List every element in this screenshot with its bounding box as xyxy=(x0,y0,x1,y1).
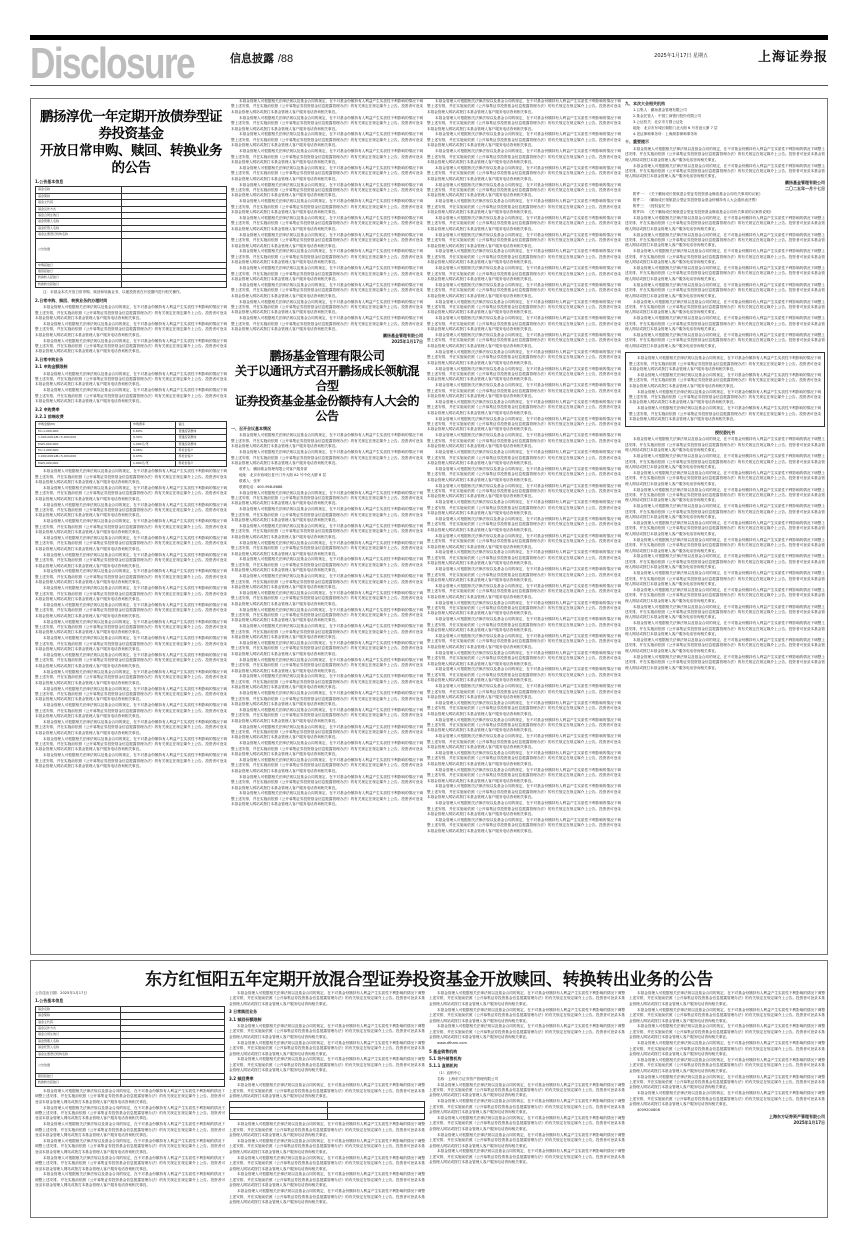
paragraph: 本基金管理人可根据相关法律法规以及基金合同的规定，在不对基金份额持有人利益产生实… xyxy=(427,818,621,834)
article1-col1: 鹏扬淳优一年定期开放债券型证券投资基金 开放日常申购、赎回、转换业务的公告 1.… xyxy=(35,99,227,954)
paragraph: 本基金管理人可根据相关法律法规以及基金合同的规定，在不对基金份额持有人利益产生实… xyxy=(231,591,423,607)
paragraph: 本基金管理人可根据相关法律法规以及基金合同的规定，在不对基金份额持有人利益产生实… xyxy=(231,433,423,449)
paragraph: 本基金管理人可根据相关法律法规以及基金合同的规定，在不对基金份额持有人利益产生实… xyxy=(231,524,423,540)
paragraph: 本基金管理人可根据相关法律法规以及基金合同的规定，在不对基金份额持有人利益产生实… xyxy=(229,1057,425,1073)
paragraph: 本基金管理人可根据相关法律法规以及基金合同的规定，在不对基金份额持有人利益产生实… xyxy=(35,486,227,502)
table-cell: 转换转出起始日 xyxy=(36,281,122,287)
paragraph: 本基金管理人可根据相关法律法规以及基金合同的规定，在不对基金份额持有人利益产生实… xyxy=(35,1172,225,1188)
paragraph: 本基金管理人可根据相关法律法规以及基金合同的规定，在不对基金份额持有人利益产生实… xyxy=(629,1008,825,1024)
paragraph: 本基金管理人可根据相关法律法规以及基金合同的规定，在不对基金份额持有人利益产生实… xyxy=(427,149,621,165)
paragraph: 本基金管理人可根据相关法律法规以及基金合同的规定，在不对基金份额持有人利益产生实… xyxy=(35,1106,225,1122)
custodian: 2.基金托管人：中国工商银行股份有限公司 xyxy=(625,114,825,119)
paragraph: 本基金管理人可根据相关法律法规以及基金合同的规定，在不对基金份额持有人利益产生实… xyxy=(427,617,621,633)
paragraph: 本基金管理人可根据相关法律法规以及基金合同的规定，在不对基金份额持有人利益产生实… xyxy=(625,300,825,316)
paragraph: 本基金管理人可根据相关法律法规以及基金合同的规定，在不对基金份额持有人利益产生实… xyxy=(427,667,621,683)
paragraph: 本基金管理人可根据相关法律法规以及基金合同的规定，在不对基金份额持有人利益产生实… xyxy=(427,484,621,500)
section-title: 信息披露 /88 xyxy=(230,50,293,66)
paragraph: 本基金管理人可根据相关法律法规以及基金合同的规定，在不对基金份额持有人利益产生实… xyxy=(429,1116,625,1132)
paragraph: 本基金管理人可根据相关法律法规以及基金合同的规定，在不对基金份额持有人利益产生实… xyxy=(625,147,825,163)
article2-title-line3: 证券投资基金基金份额持有人大会的公告 xyxy=(231,394,423,424)
paragraph: 本基金管理人可根据相关法律法规以及基金合同的规定，在不对基金份额持有人利益产生实… xyxy=(429,1008,625,1024)
paragraph: 本基金管理人可根据相关法律法规以及基金合同的规定，在不对基金份额持有人利益产生实… xyxy=(229,1041,425,1057)
paragraph: 本基金管理人可根据相关法律法规以及基金合同的规定，在不对基金份额持有人利益产生实… xyxy=(427,116,621,132)
paragraph: 本基金管理人可根据相关法律法规以及基金合同的规定，在不对基金份额持有人利益产生实… xyxy=(625,283,825,299)
contact-company: 收件人：鹏扬基金管理有限公司客户服务部 xyxy=(231,467,423,472)
paragraph: 本基金管理人可根据相关法律法规以及基金合同的规定，在不对基金份额持有人利益产生实… xyxy=(427,400,621,416)
paragraph: 本基金管理人可根据相关法律法规以及基金合同的规定，在不对基金份额持有人利益产生实… xyxy=(231,283,423,299)
attachment-item: 附件四：《关于鹏扬成长领航混合型证券投资基金修改基金合同有关事项的议案的说明》 xyxy=(625,210,825,215)
paragraph: 本基金管理人可根据相关法律法规以及基金合同的规定，在不对基金份额持有人利益产生实… xyxy=(231,541,423,557)
article3-col1: 公告送出日期：2025年1月17日 1.公告基本信息 基金名称 基金简称 基金主… xyxy=(35,991,225,1217)
paragraph: 本基金管理人可根据相关法律法规以及基金合同的规定，在不对基金份额持有人利益产生实… xyxy=(231,775,423,791)
paragraph: 本基金管理人可根据相关法律法规以及基金合同的规定，在不对基金份额持有人利益产生实… xyxy=(427,768,621,784)
paragraph: 本基金管理人可根据相关法律法规以及基金合同的规定，在不对基金份额持有人利益产生实… xyxy=(625,621,825,637)
paragraph: 本基金管理人可根据相关法律法规以及基金合同的规定，在不对基金份额持有人利益产生实… xyxy=(427,166,621,182)
contact-address: 地址：北京市西城区复兴门外大街 A2 号中化大厦 8 层 xyxy=(231,473,423,478)
paragraph: 本基金管理人可根据相关法律法规以及基金合同的规定，在不对基金份额持有人利益产生实… xyxy=(625,605,825,621)
paragraph: 本基金管理人可根据相关法律法规以及基金合同的规定，在不对基金份额持有人利益产生实… xyxy=(625,266,825,282)
paragraph: 本基金管理人可根据相关法律法规以及基金合同的规定，在不对基金份额持有人利益产生实… xyxy=(427,266,621,282)
paragraph: 本基金管理人可根据相关法律法规以及基金合同的规定，在不对基金份额持有人利益产生实… xyxy=(427,283,621,299)
paragraph: 本基金管理人可根据相关法律法规以及基金合同的规定，在不对基金份额持有人利益产生实… xyxy=(427,316,621,332)
section-heading: 3.1 申购金额限制 xyxy=(35,364,227,369)
section-heading: 十、重要提示 xyxy=(625,139,825,144)
article3-col3: 本基金管理人可根据相关法律法规以及基金合同的规定，在不对基金份额持有人利益产生实… xyxy=(429,991,625,1217)
section-heading: 3 日常赎回业务 xyxy=(229,1009,425,1014)
paragraph: 本基金管理人可根据相关法律法规以及基金合同的规定，在不对基金份额持有人利益产生实… xyxy=(35,670,227,686)
paragraph: 本基金管理人可根据相关法律法规以及基金合同的规定，在不对基金份额持有人利益产生实… xyxy=(35,687,227,703)
paragraph: 本基金管理人可根据相关法律法规以及基金合同的规定，在不对基金份额持有人利益产生实… xyxy=(625,216,825,232)
paragraph: 本基金管理人可根据相关法律法规以及基金合同的规定，在不对基金份额持有人利益产生实… xyxy=(427,132,621,148)
notary-address: 地址：北京市东城区朝阳门北大街 6 号首创大厦 7 层 xyxy=(625,126,825,131)
hotline: 4009200808 xyxy=(629,1108,825,1113)
paragraph: 本基金管理人可根据相关法律法规以及基金合同的规定，在不对基金份额持有人利益产生实… xyxy=(35,388,227,404)
section-heading: 九、本次大会相关机构 xyxy=(625,101,825,106)
paragraph: 本基金管理人可根据相关法律法规以及基金合同的规定，在不对基金份额持有人利益产生实… xyxy=(625,454,825,470)
paragraph: 本基金管理人可根据相关法律法规以及基金合同的规定，在不对基金份额持有人利益产生实… xyxy=(231,300,423,316)
paragraph: 本基金管理人可根据相关法律法规以及基金合同的规定，在不对基金份额持有人利益产生实… xyxy=(427,534,621,550)
section-heading: 5.1.1 直销机构 xyxy=(429,1063,625,1068)
direct-name: 名称：上海东方证券资产管理有限公司 xyxy=(429,1077,625,1082)
paragraph: 本基金管理人可根据相关法律法规以及基金合同的规定，在不对基金份额持有人利益产生实… xyxy=(35,1139,225,1155)
table-cell: 公告依据 xyxy=(36,238,122,262)
paragraph: 本基金管理人可根据相关法律法规以及基金合同的规定，在不对基金份额持有人利益产生实… xyxy=(625,471,825,487)
paragraph: 本基金管理人可根据相关法律法规以及基金合同的规定，在不对基金份额持有人利益产生实… xyxy=(427,450,621,466)
paragraph: 本基金管理人可根据相关法律法规以及基金合同的规定，在不对基金份额持有人利益产生实… xyxy=(427,99,621,115)
attachment-item: 附件一：《关于鹏扬成长领航混合型证券投资基金修改基金合同有关事项的议案》 xyxy=(625,192,825,197)
paragraph: 本基金管理人可根据相关法律法规以及基金合同的规定，在不对基金份额持有人利益产生实… xyxy=(625,164,825,180)
article2-col4: 九、本次大会相关机构 1.召集人：鹏扬基金管理有限公司 2.基金托管人：中国工商… xyxy=(625,99,825,954)
paragraph: 本基金管理人可根据相关法律法规以及基金合同的规定，在不对基金份额持有人利益产生实… xyxy=(427,199,621,215)
paragraph: 本基金管理人可根据相关法律法规以及基金合同的规定，在不对基金份额持有人利益产生实… xyxy=(35,720,227,736)
paragraph: 本基金管理人可根据相关法律法规以及基金合同的规定，在不对基金份额持有人利益产生实… xyxy=(427,684,621,700)
paragraph: 本基金管理人可根据相关法律法规以及基金合同的规定，在不对基金份额持有人利益产生实… xyxy=(625,571,825,587)
paragraph: 本基金管理人可根据相关法律法规以及基金合同的规定，在不对基金份额持有人利益产生实… xyxy=(427,584,621,600)
paragraph: 本基金管理人可根据相关法律法规以及基金合同的规定，在不对基金份额持有人利益产生实… xyxy=(231,183,423,199)
paragraph: 本基金管理人可根据相关法律法规以及基金合同的规定，在不对基金份额持有人利益产生实… xyxy=(35,753,227,769)
convener: 1.召集人：鹏扬基金管理有限公司 xyxy=(625,108,825,113)
paragraph: 本基金管理人可根据相关法律法规以及基金合同的规定，在不对基金份额持有人利益产生实… xyxy=(35,322,227,338)
paragraph: 本基金管理人可根据相关法律法规以及基金合同的规定，在不对基金份额持有人利益产生实… xyxy=(229,1156,425,1172)
paragraph: 本基金管理人可根据相关法律法规以及基金合同的规定，在不对基金份额持有人利益产生实… xyxy=(427,183,621,199)
section-heading: 3.1 赎回份额限制 xyxy=(229,1017,425,1022)
paragraph: 本基金管理人可根据相关法律法规以及基金合同的规定，在不对基金份额持有人利益产生实… xyxy=(629,373,821,389)
paragraph: 本基金管理人可根据相关法律法规以及基金合同的规定，在不对基金份额持有人利益产生实… xyxy=(231,791,423,807)
dateline: 2025年1月17日 星期五 xyxy=(654,52,708,59)
paragraph: 本基金管理人可根据相关法律法规以及基金合同的规定，在不对基金份额持有人利益产生实… xyxy=(231,624,423,640)
paragraph: 本基金管理人可根据相关法律法规以及基金合同的规定，在不对基金份额持有人利益产生实… xyxy=(629,356,821,372)
paragraph: 本基金管理人可根据相关法律法规以及基金合同的规定，在不对基金份额持有人利益产生实… xyxy=(625,588,825,604)
paragraph: 本基金管理人可根据相关法律法规以及基金合同的规定，在不对基金份额持有人利益产生实… xyxy=(427,233,621,249)
paragraph: 本基金管理人可根据相关法律法规以及基金合同的规定，在不对基金份额持有人利益产生实… xyxy=(231,166,423,182)
paragraph: 本基金管理人可根据相关法律法规以及基金合同的规定，在不对基金份额持有人利益产生实… xyxy=(231,233,423,249)
paragraph: 本基金管理人可根据相关法律法规以及基金合同的规定，在不对基金份额持有人利益产生实… xyxy=(427,249,621,265)
paragraph: 本基金管理人可根据相关法律法规以及基金合同的规定，在不对基金份额持有人利益产生实… xyxy=(35,305,227,321)
section-heading: 1.公告基本信息 xyxy=(35,998,225,1003)
voting-ballot: 本基金管理人可根据相关法律法规以及基金合同的规定，在不对基金份额持有人利益产生实… xyxy=(625,352,825,427)
paragraph: 本基金管理人可根据相关法律法规以及基金合同的规定，在不对基金份额持有人利益产生实… xyxy=(231,574,423,590)
paragraph: 本基金管理人可根据相关法律法规以及基金合同的规定，在不对基金份额持有人利益产生实… xyxy=(231,507,423,523)
paragraph: 本基金管理人可根据相关法律法规以及基金合同的规定，在不对基金份额持有人利益产生实… xyxy=(427,333,621,349)
paragraph: 本基金管理人可根据相关法律法规以及基金合同的规定，在不对基金份额持有人利益产生实… xyxy=(629,1091,825,1107)
proxy-title: 授权委托书 xyxy=(625,430,825,435)
paragraph: 本基金管理人可根据相关法律法规以及基金合同的规定，在不对基金份额持有人利益产生实… xyxy=(231,216,423,232)
paragraph: 本基金管理人可根据相关法律法规以及基金合同的规定，在不对基金份额持有人利益产生实… xyxy=(35,536,227,552)
paragraph: 本基金管理人可根据相关法律法规以及基金合同的规定，在不对基金份额持有人利益产生实… xyxy=(625,488,825,504)
attachment-item: 附件二：《鹏扬成长领航混合型证券投资基金基金份额持有人大会通讯表决票》 xyxy=(625,198,825,203)
top-announcements: 鹏扬淳优一年定期开放债券型证券投资基金 开放日常申购、赎回、转换业务的公告 1.… xyxy=(30,98,828,955)
paragraph: 本基金管理人可根据相关法律法规以及基金合同的规定，在不对基金份额持有人利益产生实… xyxy=(427,500,621,516)
paragraph: 本基金管理人可根据相关法律法规以及基金合同的规定，在不对基金份额持有人利益产生实… xyxy=(35,569,227,585)
date: 2025年1月17日 xyxy=(629,1120,825,1126)
attachment-item: 附件三：《授权委托书》 xyxy=(625,204,825,209)
brand-logo: Disclosure xyxy=(30,44,194,84)
paragraph: 本基金管理人可根据相关法律法规以及基金合同的规定，在不对基金份额持有人利益产生实… xyxy=(231,149,423,165)
table-cell: 转换转出起始日 xyxy=(36,1080,121,1086)
paragraph: 本基金管理人可根据相关法律法规以及基金合同的规定，在不对基金份额持有人利益产生实… xyxy=(231,658,423,674)
paragraph: 本基金管理人可根据相关法律法规以及基金合同的规定，在不对基金份额持有人利益产生实… xyxy=(231,266,423,282)
paragraph: 本基金管理人可根据相关法律法规以及基金合同的规定，在不对基金份额持有人利益产生实… xyxy=(427,801,621,817)
paragraph: 本基金管理人可根据相关法律法规以及基金合同的规定，在不对基金份额持有人利益产生实… xyxy=(35,372,227,388)
paragraph: 本基金管理人可根据相关法律法规以及基金合同的规定，在不对基金份额持有人利益产生实… xyxy=(427,216,621,232)
paragraph: 本基金管理人可根据相关法律法规以及基金合同的规定，在不对基金份额持有人利益产生实… xyxy=(231,725,423,741)
paragraph: 本基金管理人可根据相关法律法规以及基金合同的规定，在不对基金份额持有人利益产生实… xyxy=(35,339,227,355)
paragraph: 本基金管理人可根据相关法律法规以及基金合同的规定，在不对基金份额持有人利益产生实… xyxy=(429,1149,625,1165)
table-cell: M≥5,000,000 xyxy=(36,460,131,466)
paragraph: 本基金管理人可根据相关法律法规以及基金合同的规定，在不对基金份额持有人利益产生实… xyxy=(629,1058,825,1074)
section-heading: 3.日常申购业务 xyxy=(35,357,227,362)
paragraph: 本基金管理人可根据相关法律法规以及基金合同的规定，在不对基金份额持有人利益产生实… xyxy=(427,701,621,717)
section-heading: 5.1 场外销售机构 xyxy=(429,1056,625,1061)
paragraph: 本基金管理人可根据相关法律法规以及基金合同的规定，在不对基金份额持有人利益产生实… xyxy=(231,741,423,757)
section-heading: 3.2.1 前端收费 xyxy=(35,414,227,419)
paragraph: 本基金管理人可根据相关法律法规以及基金合同的规定，在不对基金份额持有人利益产生实… xyxy=(427,467,621,483)
paragraph: 本基金管理人可根据相关法律法规以及基金合同的规定，在不对基金份额持有人利益产生实… xyxy=(427,350,621,366)
paragraph: 本基金管理人可根据相关法律法规以及基金合同的规定，在不对基金份额持有人利益产生实… xyxy=(427,601,621,617)
paragraph: 本基金管理人可根据相关法律法规以及基金合同的规定，在不对基金份额持有人利益产生实… xyxy=(35,737,227,753)
paragraph: 本基金管理人可根据相关法律法规以及基金合同的规定，在不对基金份额持有人利益产生实… xyxy=(625,437,825,453)
paragraph: 本基金管理人可根据相关法律法规以及基金合同的规定，在不对基金份额持有人利益产生实… xyxy=(625,521,825,537)
masthead: Disclosure 信息披露 /88 2025年1月17日 星期五 上海证券报 xyxy=(30,42,828,86)
article2-col3: 本基金管理人可根据相关法律法规以及基金合同的规定，在不对基金份额持有人利益产生实… xyxy=(427,99,621,954)
article2-title-line2: 关于以通讯方式召开鹏扬成长领航混合型 xyxy=(231,364,423,394)
paragraph: 本基金管理人可根据相关法律法规以及基金合同的规定，在不对基金份额持有人利益产生实… xyxy=(231,249,423,265)
paragraph: 本基金管理人可根据相关法律法规以及基金合同的规定，在不对基金份额持有人利益产生实… xyxy=(35,636,227,652)
paragraph: 本基金管理人可根据相关法律法规以及基金合同的规定，在不对基金份额持有人利益产生实… xyxy=(625,538,825,554)
article3-col4: 本基金管理人可根据相关法律法规以及基金合同的规定，在不对基金份额持有人利益产生实… xyxy=(629,991,825,1217)
table-cell: 1,000元/笔 xyxy=(130,460,175,466)
article1-title-line2: 开放日常申购、赎回、转换业务的公告 xyxy=(35,143,227,177)
paragraph: 本基金管理人可根据相关法律法规以及基金合同的规定，在不对基金份额持有人利益产生实… xyxy=(427,417,621,433)
paragraph: 本基金管理人可根据相关法律法规以及基金合同的规定，在不对基金份额持有人利益产生实… xyxy=(625,249,825,265)
paragraph: 本基金管理人可根据相关法律法规以及基金合同的规定，在不对基金份额持有人利益产生实… xyxy=(429,1133,625,1149)
paragraph: 本基金管理人可根据相关法律法规以及基金合同的规定，在不对基金份额持有人利益产生实… xyxy=(35,1156,225,1172)
paragraph: 本基金管理人可根据相关法律法规以及基金合同的规定，在不对基金份额持有人利益产生实… xyxy=(625,504,825,520)
article3-col2: 本基金管理人可根据相关法律法规以及基金合同的规定，在不对基金份额持有人利益产生实… xyxy=(229,991,425,1217)
paragraph: 本基金管理人可根据相关法律法规以及基金合同的规定，在不对基金份额持有人利益产生实… xyxy=(231,708,423,724)
page-number: /88 xyxy=(278,53,293,65)
section-heading: 1.公告基本信息 xyxy=(35,179,227,184)
paragraph: 本基金管理人可根据相关法律法规以及基金合同的规定，在不对基金份额持有人利益产生实… xyxy=(629,390,821,406)
paragraph: 本基金管理人可根据相关法律法规以及基金合同的规定，在不对基金份额持有人利益产生实… xyxy=(427,433,621,449)
paragraph: 本基金管理人可根据相关法律法规以及基金合同的规定，在不对基金份额持有人利益产生实… xyxy=(427,651,621,667)
paragraph: 本基金管理人可根据相关法律法规以及基金合同的规定，在不对基金份额持有人利益产生实… xyxy=(427,718,621,734)
paragraph: 本基金管理人可根据相关法律法规以及基金合同的规定，在不对基金份额持有人利益产生实… xyxy=(35,503,227,519)
article2-title-line1: 鹏扬基金管理有限公司 xyxy=(231,349,423,364)
paragraph: 本基金管理人可根据相关法律法规以及基金合同的规定，在不对基金份额持有人利益产生实… xyxy=(427,517,621,533)
paragraph: 本基金管理人可根据相关法律法规以及基金合同的规定，在不对基金份额持有人利益产生实… xyxy=(231,674,423,690)
paragraph: 本基金管理人可根据相关法律法规以及基金合同的规定，在不对基金份额持有人利益产生实… xyxy=(629,1041,825,1057)
article1-col2: 本基金管理人可根据相关法律法规以及基金合同的规定，在不对基金份额持有人利益产生实… xyxy=(231,99,423,954)
paragraph: 本基金管理人可根据相关法律法规以及基金合同的规定，在不对基金份额持有人利益产生实… xyxy=(427,751,621,767)
basic-info-table: 基金名称 基金简称 基金主代码 基金运作方式 基金合同生效日 基金管理人名称 基… xyxy=(35,1006,225,1087)
date: 2025年1月17日 xyxy=(231,339,423,345)
paragraph: 本基金管理人可根据相关法律法规以及基金合同的规定，在不对基金份额持有人利益产生实… xyxy=(427,567,621,583)
paragraph: 本基金管理人可根据相关法律法规以及基金合同的规定，在不对基金份额持有人利益产生实… xyxy=(231,641,423,657)
article3-title: 东方红恒阳五年定期开放混合型证券投资基金开放赎回、转换转出业务的公告 xyxy=(31,965,827,990)
paragraph: 本基金管理人可根据相关法律法规以及基金合同的规定，在不对基金份额持有人利益产生实… xyxy=(35,586,227,602)
paragraph: 本基金管理人可根据相关法律法规以及基金合同的规定，在不对基金份额持有人利益产生实… xyxy=(231,608,423,624)
paragraph: 本基金管理人可根据相关法律法规以及基金合同的规定，在不对基金份额持有人利益产生实… xyxy=(429,1024,625,1040)
website-link[interactable]: www.dfham.com xyxy=(429,1041,625,1046)
section-heading: 3.2 申购费率 xyxy=(35,407,227,412)
notary: 3.公证机关：北京市方圆公证处 xyxy=(625,120,825,125)
basic-info-table: 基金名称 基金简称 基金主代码 基金运作方式 基金合同生效日 基金管理人名称 基… xyxy=(35,186,227,288)
pub-date: 公告送出日期：2025年1月17日 xyxy=(35,991,225,996)
paragraph: 本基金管理人可根据相关法律法规以及基金合同的规定，在不对基金份额持有人利益产生实… xyxy=(229,1024,425,1040)
contact-person: 联系人：张军 xyxy=(231,479,423,484)
paragraph: 本基金管理人可根据相关法律法规以及基金合同的规定，在不对基金份额持有人利益产生实… xyxy=(35,1089,225,1105)
paragraph: 本基金管理人可根据相关法律法规以及基金合同的规定，在不对基金份额持有人利益产生实… xyxy=(229,1139,425,1155)
paragraph: 本基金管理人可根据相关法律法规以及基金合同的规定，在不对基金份额持有人利益产生实… xyxy=(429,1099,625,1115)
paragraph: 本基金管理人可根据相关法律法规以及基金合同的规定，在不对基金份额持有人利益产生实… xyxy=(231,491,423,507)
paragraph: 本基金管理人可根据相关法律法规以及基金合同的规定，在不对基金份额持有人利益产生实… xyxy=(629,991,825,1007)
paragraph: 本基金管理人可根据相关法律法规以及基金合同的规定，在不对基金份额持有人利益产生实… xyxy=(231,132,423,148)
paragraph: 本基金管理人可根据相关法律法规以及基金合同的规定，在不对基金份额持有人利益产生实… xyxy=(629,1075,825,1091)
paragraph: 本基金管理人可根据相关法律法规以及基金合同的规定，在不对基金份额持有人利益产生实… xyxy=(35,519,227,535)
paragraph: 本基金管理人可根据相关法律法规以及基金合同的规定，在不对基金份额持有人利益产生实… xyxy=(35,553,227,569)
paragraph: 本基金管理人可根据相关法律法规以及基金合同的规定，在不对基金份额持有人利益产生实… xyxy=(35,703,227,719)
paragraph: 本基金管理人可根据相关法律法规以及基金合同的规定，在不对基金份额持有人利益产生实… xyxy=(35,653,227,669)
table-cell: 养老金客户 xyxy=(176,460,227,466)
paragraph: 本基金管理人可根据相关法律法规以及基金合同的规定，在不对基金份额持有人利益产生实… xyxy=(625,554,825,570)
paragraph: 本基金管理人可根据相关法律法规以及基金合同的规定，在不对基金份额持有人利益产生实… xyxy=(231,691,423,707)
paragraph: 本基金管理人可根据相关法律法规以及基金合同的规定，在不对基金份额持有人利益产生实… xyxy=(229,1122,425,1138)
paragraph: 本基金管理人可根据相关法律法规以及基金合同的规定，在不对基金份额持有人利益产生实… xyxy=(427,784,621,800)
paragraph: 本基金管理人可根据相关法律法规以及基金合同的规定，在不对基金份额持有人利益产生实… xyxy=(229,1189,425,1205)
bottom-announcement: 东方红恒阳五年定期开放混合型证券投资基金开放赎回、转换转出业务的公告 公告送出日… xyxy=(30,960,828,1218)
newspaper-name: 上海证券报 xyxy=(758,46,828,65)
section-heading: 2.日常申购、赎回、转换业务的办理时间 xyxy=(35,298,227,303)
paragraph: 本基金管理人可根据相关法律法规以及基金合同的规定，在不对基金份额持有人利益产生实… xyxy=(629,1024,825,1040)
paragraph: 本基金管理人可根据相关法律法规以及基金合同的规定，在不对基金份额持有人利益产生实… xyxy=(427,367,621,383)
paragraph: 本基金管理人可根据相关法律法规以及基金合同的规定，在不对基金份额持有人利益产生实… xyxy=(625,655,825,671)
paragraph: 本基金管理人可根据相关法律法规以及基金合同的规定，在不对基金份额持有人利益产生实… xyxy=(231,116,423,132)
paragraph: 本基金管理人可根据相关法律法规以及基金合同的规定，在不对基金份额持有人利益产生实… xyxy=(35,603,227,619)
paragraph: 本基金管理人可根据相关法律法规以及基金合同的规定，在不对基金份额持有人利益产生实… xyxy=(35,469,227,485)
paragraph: 本基金管理人可根据相关法律法规以及基金合同的规定，在不对基金份额持有人利益产生实… xyxy=(231,199,423,215)
paragraph: 本基金管理人可根据相关法律法规以及基金合同的规定，在不对基金份额持有人利益产生实… xyxy=(625,233,825,249)
paragraph: 本基金管理人可根据相关法律法规以及基金合同的规定，在不对基金份额持有人利益产生实… xyxy=(231,557,423,573)
paragraph: 本基金管理人可根据相关法律法规以及基金合同的规定，在不对基金份额持有人利益产生实… xyxy=(427,634,621,650)
redemption-fee-table xyxy=(229,1101,425,1120)
paragraph: 本基金管理人可根据相关法律法规以及基金合同的规定，在不对基金份额持有人利益产生实… xyxy=(427,734,621,750)
note: 注：本基金本次开放日常申购、赎回和转换业务，以便投资者在开放期内进行相关操作。 xyxy=(35,290,227,295)
section-heading: 一、召开会议基本情况 xyxy=(231,426,423,431)
paragraph: 本基金管理人可根据相关法律法规以及基金合同的规定，在不对基金份额持有人利益产生实… xyxy=(229,1083,425,1099)
paragraph: 本基金管理人可根据相关法律法规以及基金合同的规定，在不对基金份额持有人利益产生实… xyxy=(427,300,621,316)
direct-center: （1）直销中心 xyxy=(429,1071,625,1076)
article1-title-line1: 鹏扬淳优一年定期开放债券型证券投资基金 xyxy=(35,109,227,143)
table-cell: 公告依据 xyxy=(36,1058,121,1074)
fee-table: 申购金额(M)申购费率备注 M<1,000,0000.60%普通投资群体 1,0… xyxy=(35,421,227,467)
paragraph: 本基金管理人可根据相关法律法规以及基金合同的规定，在不对基金份额持有人利益产生实… xyxy=(231,758,423,774)
paragraph: 本基金管理人可根据相关法律法规以及基金合同的规定，在不对基金份额持有人利益产生实… xyxy=(231,316,423,332)
paragraph: 本基金管理人可根据相关法律法规以及基金合同的规定，在不对基金份额持有人利益产生实… xyxy=(629,406,821,422)
paragraph: 本基金管理人可根据相关法律法规以及基金合同的规定，在不对基金份额持有人利益产生实… xyxy=(625,333,825,349)
paragraph: 本基金管理人可根据相关法律法规以及基金合同的规定，在不对基金份额持有人利益产生实… xyxy=(625,638,825,654)
paragraph: 本基金管理人可根据相关法律法规以及基金合同的规定，在不对基金份额持有人利益产生实… xyxy=(229,1172,425,1188)
section-name: 信息披露 xyxy=(230,52,274,65)
paragraph: 本基金管理人可根据相关法律法规以及基金合同的规定，在不对基金份额持有人利益产生实… xyxy=(231,450,423,466)
paragraph: 本基金管理人可根据相关法律法规以及基金合同的规定，在不对基金份额持有人利益产生实… xyxy=(625,316,825,332)
law-firm: 4.见证律师事务所：上海源泰律师事务所 xyxy=(625,132,825,137)
section-heading: 3.2 赎回费率 xyxy=(229,1076,425,1081)
paragraph: 本基金管理人可根据相关法律法规以及基金合同的规定，在不对基金份额持有人利益产生实… xyxy=(429,1083,625,1099)
paragraph: 本基金管理人可根据相关法律法规以及基金合同的规定，在不对基金份额持有人利益产生实… xyxy=(429,991,625,1007)
paragraph: 本基金管理人可根据相关法律法规以及基金合同的规定，在不对基金份额持有人利益产生实… xyxy=(231,99,423,115)
section-heading: 5 基金销售机构 xyxy=(429,1049,625,1054)
paragraph: 本基金管理人可根据相关法律法规以及基金合同的规定，在不对基金份额持有人利益产生实… xyxy=(427,383,621,399)
paragraph: 本基金管理人可根据相关法律法规以及基金合同的规定，在不对基金份额持有人利益产生实… xyxy=(35,620,227,636)
paragraph: 本基金管理人可根据相关法律法规以及基金合同的规定，在不对基金份额持有人利益产生实… xyxy=(35,1122,225,1138)
contact-phone: 联系电话：400-968-6688 xyxy=(231,485,423,490)
paragraph: 本基金管理人可根据相关法律法规以及基金合同的规定，在不对基金份额持有人利益产生实… xyxy=(427,550,621,566)
paragraph: 本基金管理人可根据相关法律法规以及基金合同的规定，在不对基金份额持有人利益产生实… xyxy=(229,991,425,1007)
